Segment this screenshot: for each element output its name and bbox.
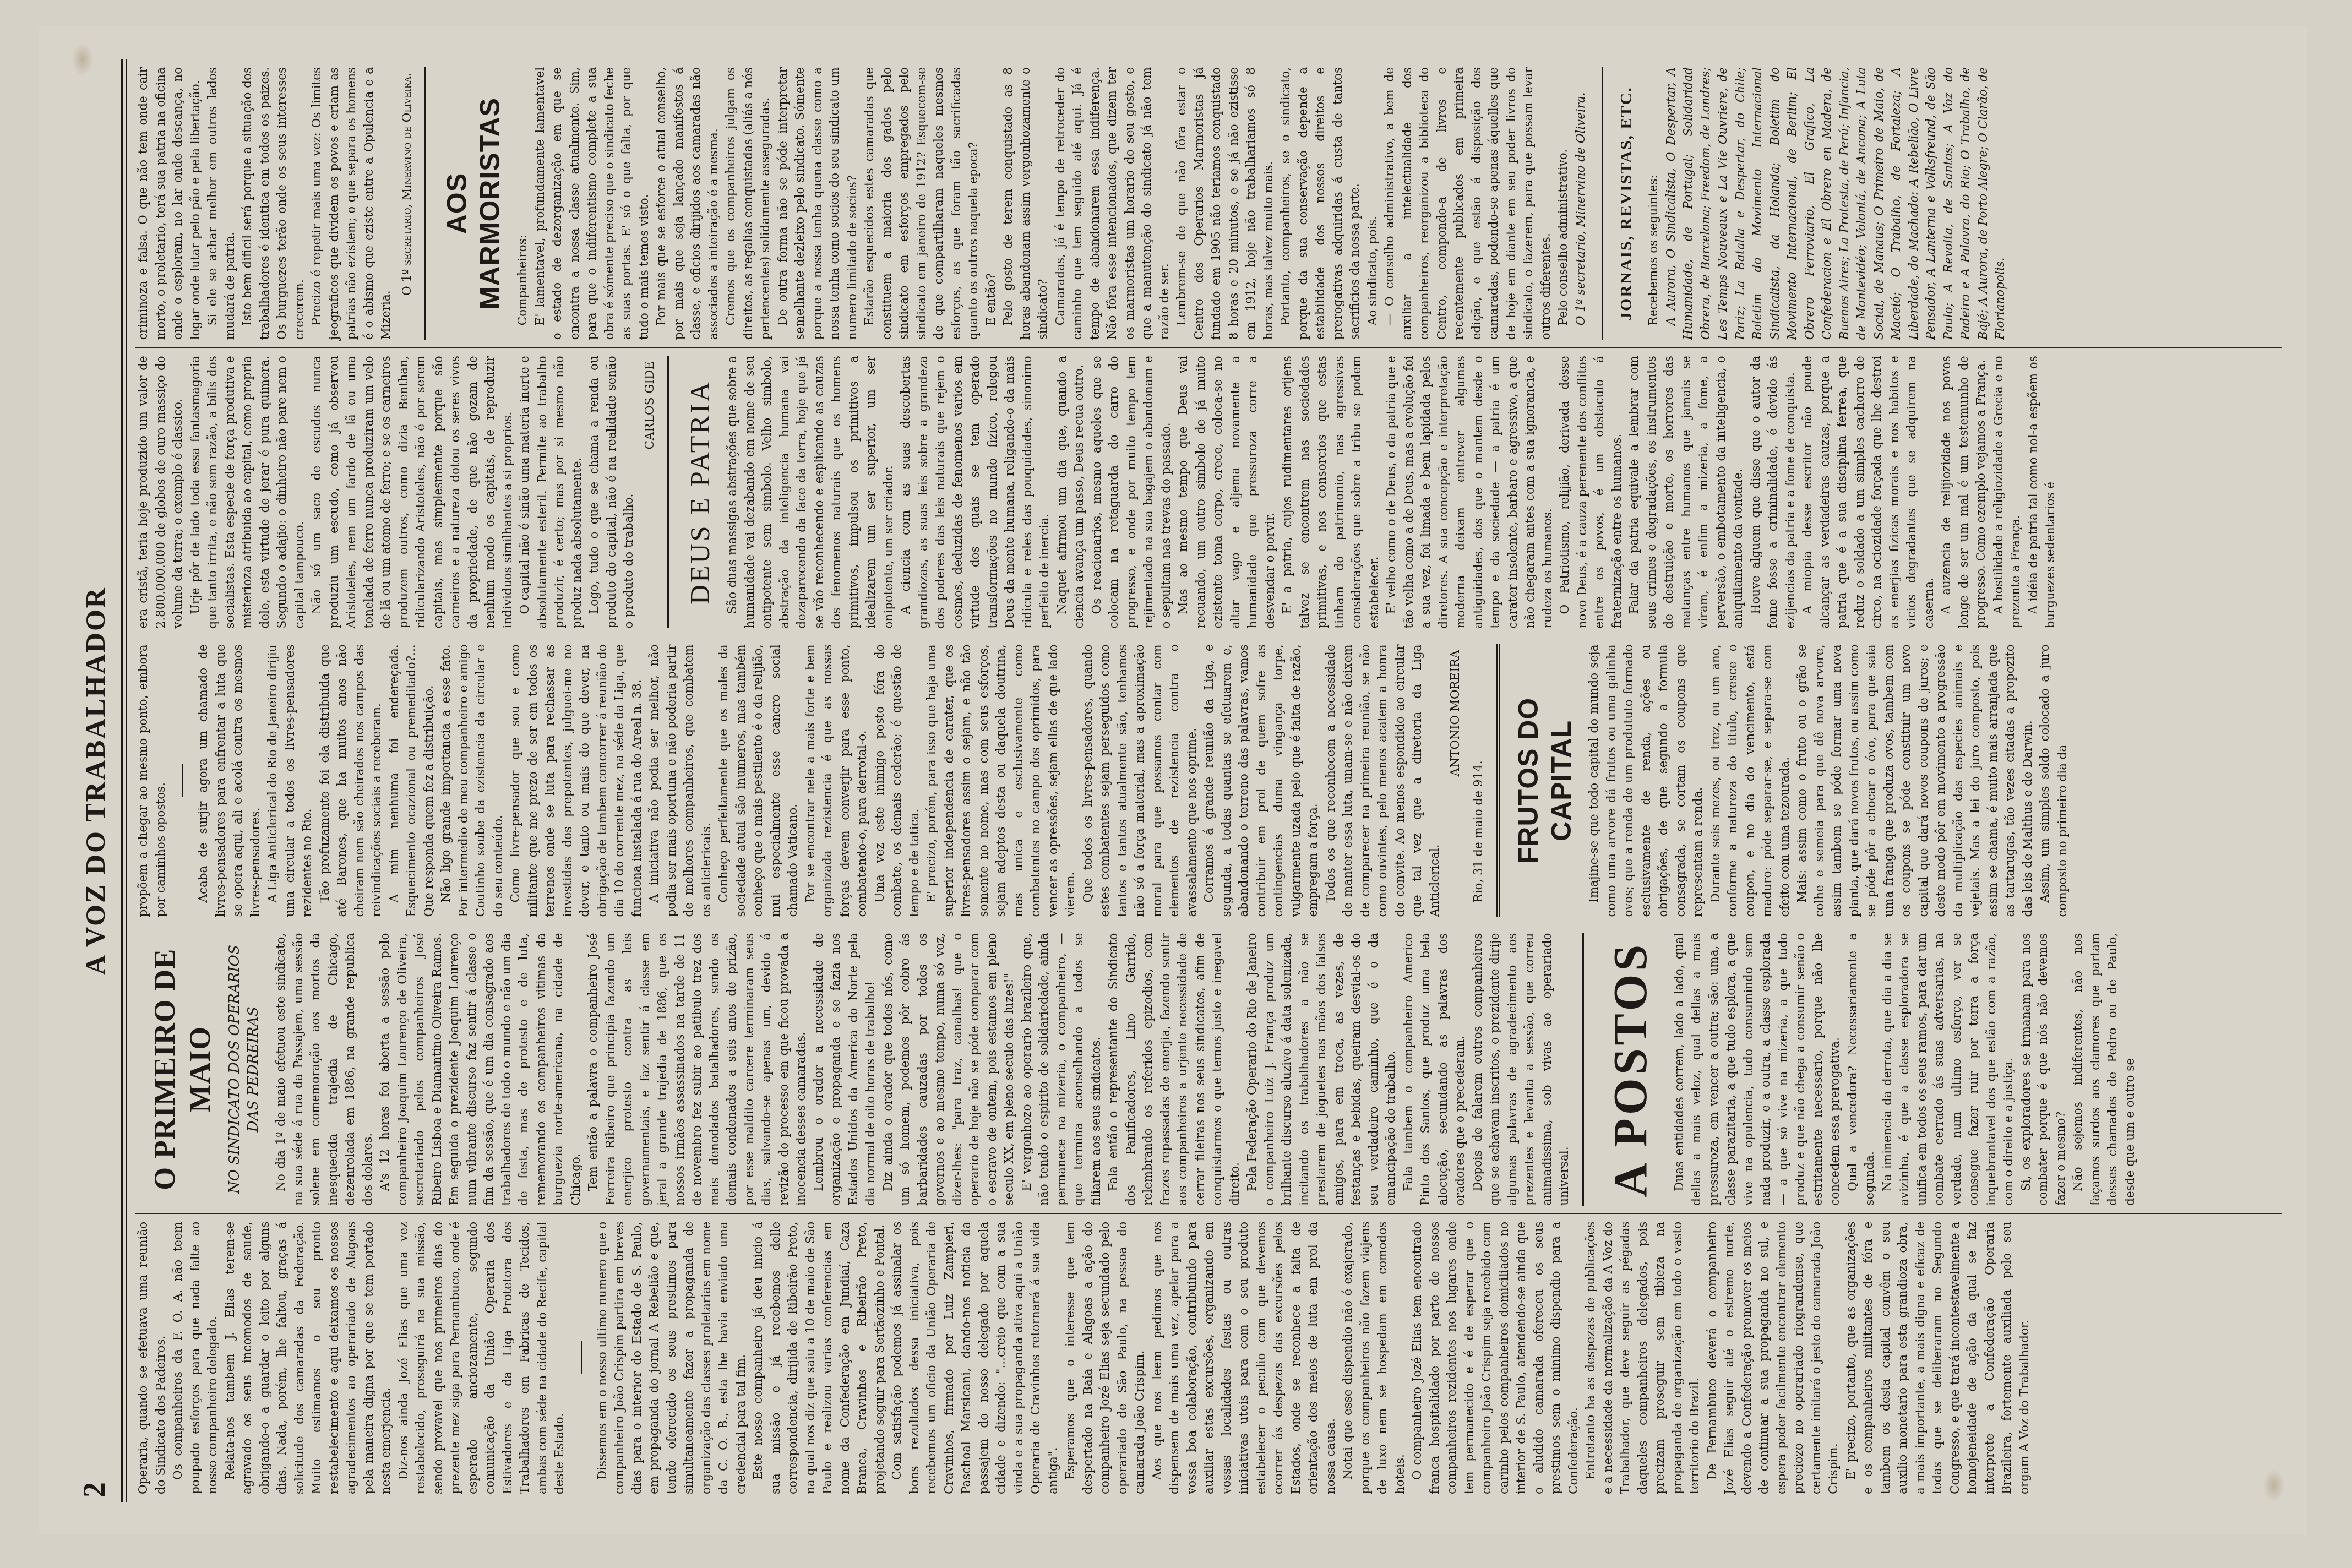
- column-4: era cristã, teria hoje produzido um valo…: [135, 348, 2282, 636]
- paragraph: O companheiro Jozé Elias tem encontrado …: [1409, 1222, 1582, 1494]
- paragraph: Camaradas, já é tempo de retroceder do c…: [1052, 67, 1174, 340]
- newspaper-page: 2 A VOZ DO TRABALHADOR Operaria, quando …: [0, 0, 2352, 1568]
- paragraph: Tem então a palavra o companheiro José F…: [585, 933, 810, 1206]
- paragraph: No dia 1º de maio efetuou este sindicato…: [273, 933, 377, 1206]
- paragraph: Operaria, quando se efetuava uma reunião…: [135, 1222, 170, 1494]
- paragraph: Houve alguem que disse que o autor da fo…: [1747, 356, 1800, 628]
- paragraph: Estarão esquecidos estes camaradas que c…: [861, 67, 983, 340]
- paragraph: De Pernambuco deverá o companheiro Jozé …: [1704, 1222, 1843, 1494]
- paragraph: Urje pôr de lado toda essa fantasmagoria…: [187, 356, 309, 628]
- paragraph: Notai que esse dispendio não é exajerado…: [1340, 1222, 1409, 1494]
- subheadline: NO SINDICATO DOS OPERARIOS DAS PEDREIRAS: [225, 933, 263, 1206]
- paragraph: Portanto, companheiros, se o sindicato, …: [1277, 67, 1364, 340]
- paragraph: E' a patria, cujos rudimentares orijens …: [1279, 356, 1383, 628]
- paragraph: O 1º secretario, Minervino de Oliveira.: [1572, 67, 1590, 340]
- paragraph: A idéia de patria tal como nol-a espõem …: [2025, 356, 2060, 628]
- masthead-rule-thin: [126, 59, 127, 1502]
- paragraph: A Liga Anticlerical do Rio de Janeiro di…: [264, 644, 317, 917]
- paragraph: Isto bem dificil será porque a situação …: [239, 67, 308, 340]
- paragraph: Si, os exploradores se irmanam para nos …: [2018, 933, 2070, 1206]
- column-5: criminoza e falsa. O que não tem onde ca…: [135, 59, 2282, 348]
- paragraph: Logo, tudo o que se chama a renda ou pro…: [586, 356, 638, 628]
- paragraph: Durante seis mezes, ou trez, ou um ano, …: [1707, 644, 1794, 917]
- paragraph: Aos que nos leem pedimos que nos dispens…: [1149, 1222, 1340, 1494]
- paragraph: Falar da patria equivale a lembrar com s…: [1626, 356, 1747, 628]
- paragraph: E' precizo, portanto, que as organizaçõe…: [1843, 1222, 2034, 1494]
- paragraph: A hostilidade a religiozidade a Grecia e…: [1990, 356, 2025, 628]
- headline-jornais-revistas: JORNAIS, REVISTAS, ETC.: [1615, 67, 1637, 340]
- section-divider: [182, 764, 183, 797]
- paragraph: Companheiros:: [514, 67, 532, 340]
- paragraph: Acaba de surjir agora um chamado de livr…: [195, 644, 264, 917]
- paragraph: Este nosso companheiro já deu inicio á s…: [750, 1222, 889, 1494]
- paragraph: Não sejemos indiferentes, não nos façamo…: [2070, 933, 2139, 1206]
- headline-primeiro-de-maio: O PRIMEIRO DE MAIO: [147, 933, 217, 1206]
- paragraph: Mais: assim como o fruto ou o grão se co…: [1794, 644, 2037, 917]
- paragraph: Diz-nos ainda Jozé Elias que uma vez res…: [395, 1222, 569, 1494]
- paragraph: A mim nenhuma foi endereçada. Esquecimen…: [386, 644, 438, 917]
- paragraph: Assim, um simples soldo colocado a juro …: [2037, 644, 2071, 917]
- paragraph: E então?: [983, 67, 1000, 340]
- paragraph: Dissemos em o nosso ultimo numero que o …: [594, 1222, 750, 1494]
- paragraph: A iniciativa não podia ser melhor, não p…: [646, 644, 715, 917]
- paragraph: Por mais que se esforce o atual conselho…: [653, 67, 722, 340]
- paragraph: São duas massigas abstrações que sobre a…: [724, 356, 897, 628]
- paragraph: Entretanto ha as despezas de publicações…: [1582, 1222, 1704, 1494]
- masthead-rule: [121, 59, 123, 1502]
- paragraph: Tão profuzamente foi ela distribuida que…: [317, 644, 386, 917]
- paragraph: Por se encontrar nele a mais forte e bem…: [802, 644, 872, 917]
- paragraph: A ciencia com as suas descobertas grandi…: [897, 356, 1054, 628]
- paragraph: criminoza e falsa. O que não tem onde ca…: [135, 67, 204, 340]
- column-1: Operaria, quando se efetuava uma reunião…: [135, 1214, 2282, 1502]
- paragraph: Cremos que os companheiros julgam os dir…: [722, 67, 775, 340]
- paragraph: Lembrou o orador a necessidade de organi…: [810, 933, 880, 1206]
- section-rule: [1496, 644, 1500, 917]
- section-divider: [581, 1341, 582, 1374]
- column-2: O PRIMEIRO DE MAIO NO SINDICATO DOS OPER…: [135, 925, 2282, 1214]
- paragraph: Duas entidades correm, lado a lado, qual…: [1671, 933, 1844, 1206]
- paragraph: Relata-nos tambem J. Elias terem-se agra…: [222, 1222, 395, 1494]
- paragraph: Pelo gosto de terem conquistado as 8 hor…: [1000, 67, 1052, 340]
- newspaper-title: A VOZ DO TRABALHADOR: [79, 59, 111, 1502]
- paragraph: era cristã, teria hoje produzido um valo…: [135, 356, 187, 628]
- signature: ANTONIO MOREIRA: [1447, 650, 1464, 917]
- paragraph: Os companheiros da F. O. A. não teem pou…: [170, 1222, 222, 1494]
- paragraph: Depois de falarem outros companheiros qu…: [1469, 933, 1574, 1206]
- paragraph: E' precizo, porém, para isso que haja um…: [923, 644, 1080, 917]
- paragraph: Lembrem-se de que não fôra estar o Centr…: [1173, 67, 1277, 340]
- paragraph: Fala tambem o companheiro Americo Pinto …: [1400, 933, 1469, 1206]
- paragraph: A miopia desse escritor não poude alcanç…: [1799, 356, 1938, 628]
- signature: CARLOS GIDE: [641, 361, 659, 628]
- paragraph: Esperamos que o interesse que tem desper…: [1062, 1222, 1149, 1494]
- paragraph: Qual a vencedora? Necessariamente a segu…: [1844, 933, 1879, 1206]
- paragraph: Naquet afirmou um dia que, quando a cien…: [1054, 356, 1088, 628]
- paragraph: — O conselho administrativo, a bem de au…: [1381, 67, 1555, 340]
- paragraph: Pelo conselho administrativo.: [1555, 67, 1572, 340]
- paragraph: O Patriotismo, relijião, derivada desse …: [1556, 356, 1626, 628]
- paragraph: Não só um saco de escudos nunca produziu…: [308, 356, 516, 628]
- paragraph: E' lamentavel, profundamente lamentavel …: [532, 67, 654, 340]
- masthead: 2 A VOZ DO TRABALHADOR: [61, 59, 127, 1502]
- paragraph: Que todos os livres-pensadores, quando e…: [1080, 644, 1201, 917]
- headline-aos-marmoristas: AOS MARMORISTAS: [440, 67, 507, 340]
- section-rule: [667, 356, 671, 628]
- headline-a-postos: A POSTOS: [1603, 933, 1658, 1206]
- paragraph: Na iminencia da derrota, que dia a dia s…: [1879, 933, 2018, 1206]
- paragraph: Fala então o representante do Sindicato …: [1105, 933, 1244, 1206]
- columns: Operaria, quando se efetuava uma reunião…: [135, 59, 2282, 1502]
- paragraph: Si ele se achar melhor em outros lados m…: [204, 67, 239, 340]
- paragraph: Não ligo grande importancia a esse fato.…: [438, 644, 507, 917]
- paragraph: Corramos á grande reunião da Liga, e seg…: [1201, 644, 1322, 917]
- paragraph: A Aurora, O Sindicalista, O Despertar, A…: [1663, 67, 2010, 340]
- paragraph: E' velho como o de Deus, o da patria que…: [1383, 356, 1556, 628]
- paragraph: Diz ainda o orador que todos nós, como u…: [880, 933, 1019, 1206]
- section-rule: [424, 67, 428, 340]
- paragraph: Uma vez este inimigo posto fóra do comba…: [872, 644, 924, 917]
- paragraph: Recebemos os seguintes:: [1645, 67, 1663, 340]
- section-rule: [1582, 933, 1586, 1206]
- signature: O 1º secretario, Minervino de Oliveira.: [399, 73, 416, 340]
- paragraph: Imajine-se que todo capital do mundo sej…: [1586, 644, 1707, 917]
- paragraph: Mas ao mesmo tempo que Deus vai recuando…: [1175, 356, 1279, 628]
- dateline: Rio, 31 de maio de 914.: [1470, 644, 1488, 917]
- paragraph: Conheço perfeitamente que os males da so…: [715, 644, 802, 917]
- paragraph: propõem a chegar ao mesmo ponto, embora …: [135, 644, 170, 917]
- section-divider: [1602, 67, 1603, 340]
- column-3: propõem a chegar ao mesmo ponto, embora …: [135, 636, 2282, 925]
- headline-frutos-do-capital: FRUTOS DO CAPITAL: [1512, 644, 1578, 917]
- paragraph: Os reacionarios, mesmo aqueles que se co…: [1088, 356, 1175, 628]
- paper-sheet: 2 A VOZ DO TRABALHADOR Operaria, quando …: [39, 26, 2307, 1535]
- paragraph: A auzencia de relijiozidade nos povos lo…: [1938, 356, 1990, 628]
- paragraph: Como livre-pensador que sou e como milit…: [507, 644, 646, 917]
- paragraph: De outra forma não se póde interpretar s…: [775, 67, 862, 340]
- paragraph: Ao sindicato, pois.: [1364, 67, 1382, 340]
- paragraph: Precizo é repetir mais uma vez: Os limit…: [308, 67, 395, 340]
- paragraph: A's 12 horas foi aberta a sessão pelo co…: [377, 933, 585, 1206]
- paragraph: Todos os que reconhecem a necessidade de…: [1322, 644, 1444, 917]
- paragraph: Com satisfação podemos já assinalar os b…: [889, 1222, 1062, 1494]
- paragraph: Pela Federação Operario do Rio de Janeir…: [1244, 933, 1400, 1206]
- paragraph: E' vergonhozo ao operario brazileiro que…: [1019, 933, 1106, 1206]
- headline-deus-e-patria: DEUS E PATRIA: [683, 356, 716, 628]
- paragraph: O capital não é sinão uma materia inerte…: [516, 356, 586, 628]
